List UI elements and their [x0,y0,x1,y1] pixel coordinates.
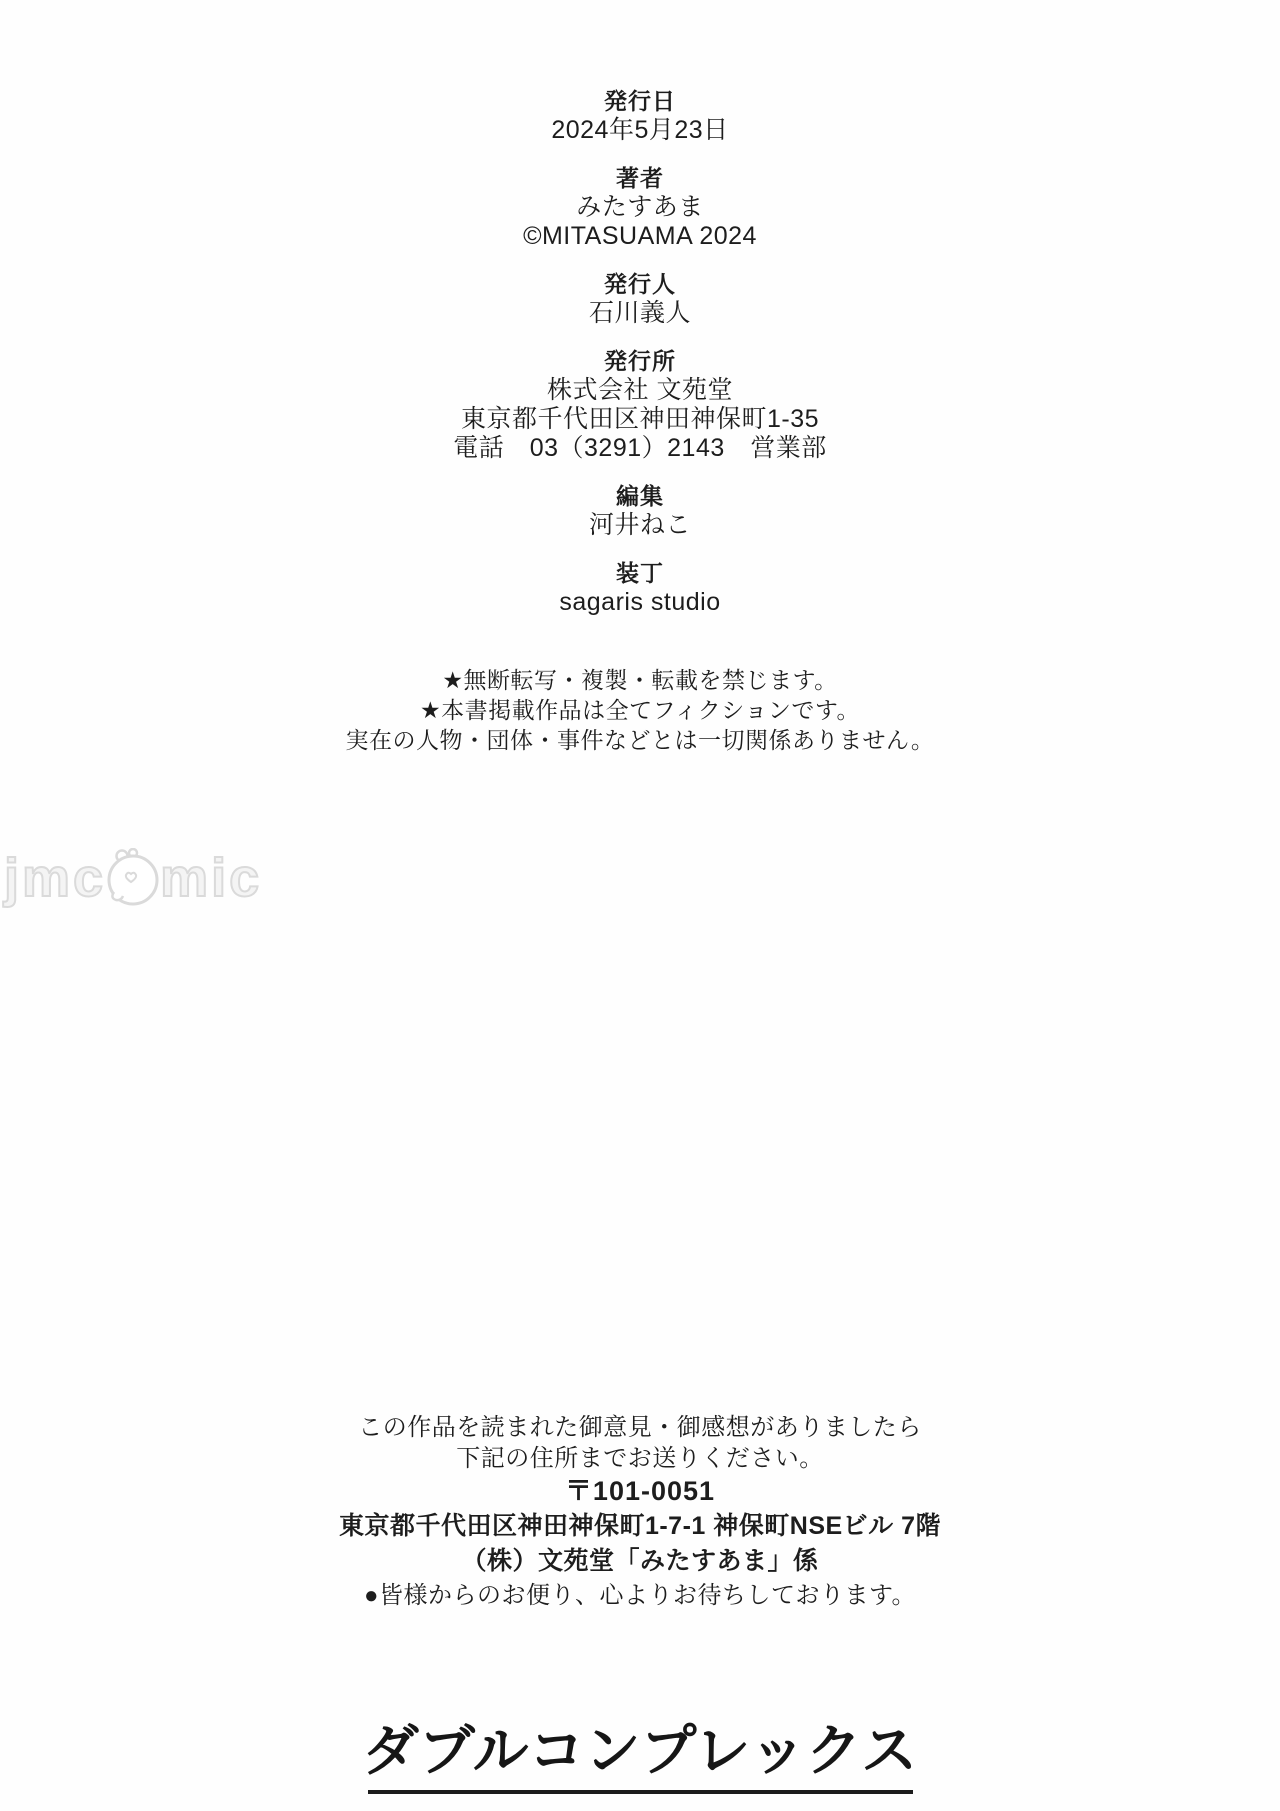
jmcomic-watermark: jmc mic [4,848,262,908]
colophon-block: 発行日 2024年5月23日 著者 みたすあま ©MITASUAMA 2024 … [0,86,1280,635]
feedback-intro-line1: この作品を読まれた御意見・御感想がありましたら [0,1412,1280,1443]
copyright-line: ©MITASUAMA 2024 [0,222,1280,251]
section-label: 発行人 [0,269,1280,299]
section-author: 著者 みたすあま ©MITASUAMA 2024 [0,163,1280,251]
section-line: 2024年5月23日 [0,116,1280,145]
feedback-block: この作品を読まれた御意見・御感想がありましたら 下記の住所までお送りください。 … [0,1412,1280,1612]
publisher-address: 東京都千代田区神田神保町1-35 [0,405,1280,434]
watermark-text-right: mic [160,850,262,906]
section-design: 装丁 sagaris studio [0,558,1280,617]
notice-no-reproduction: ★無断転写・複製・転載を禁じます。 [0,665,1280,695]
notice-no-relation: 実在の人物・団体・事件などとは一切関係ありません。 [0,725,1280,755]
feedback-intro-line2: 下記の住所までお送りください。 [0,1443,1280,1474]
section-publication-date: 発行日 2024年5月23日 [0,86,1280,145]
section-label: 著者 [0,163,1280,193]
section-line: みたすあま [0,193,1280,222]
section-label: 発行日 [0,86,1280,116]
title-underline [368,1790,913,1794]
notice-fiction: ★本書掲載作品は全てフィクションです。 [0,695,1280,725]
watermark-text-left: jmc [4,850,106,906]
section-publisher-person: 発行人 石川義人 [0,269,1280,328]
mailing-address-line2: （株）文苑堂「みたすあま」係 [0,1544,1280,1579]
postal-code: 〒101-0051 [0,1474,1280,1509]
publisher-name: 株式会社 文苑堂 [0,376,1280,405]
section-line: sagaris studio [0,588,1280,617]
mailing-address-line1: 東京都千代田区神田神保町1-7-1 神保町NSEビル 7階 [0,1509,1280,1544]
mascot-head-icon [104,848,162,908]
publisher-phone: 電話 03（3291）2143 営業部 [0,434,1280,463]
feedback-closing: ●皆様からのお便り、心よりお待ちしております。 [0,1579,1280,1612]
section-publishing-house: 発行所 株式会社 文苑堂 東京都千代田区神田神保町1-35 電話 03（3291… [0,346,1280,463]
legal-notices: ★無断転写・複製・転載を禁じます。 ★本書掲載作品は全てフィクションです。 実在… [0,665,1280,755]
section-line: 河井ねこ [0,511,1280,540]
section-label: 発行所 [0,346,1280,376]
colophon-page: 発行日 2024年5月23日 著者 みたすあま ©MITASUAMA 2024 … [0,0,1280,1811]
section-line: 石川義人 [0,299,1280,328]
book-title-block: ダブルコンプレックス [0,1718,1280,1794]
section-editor: 編集 河井ねこ [0,481,1280,540]
book-title: ダブルコンプレックス [0,1718,1280,1784]
section-label: 編集 [0,481,1280,511]
section-label: 装丁 [0,558,1280,588]
